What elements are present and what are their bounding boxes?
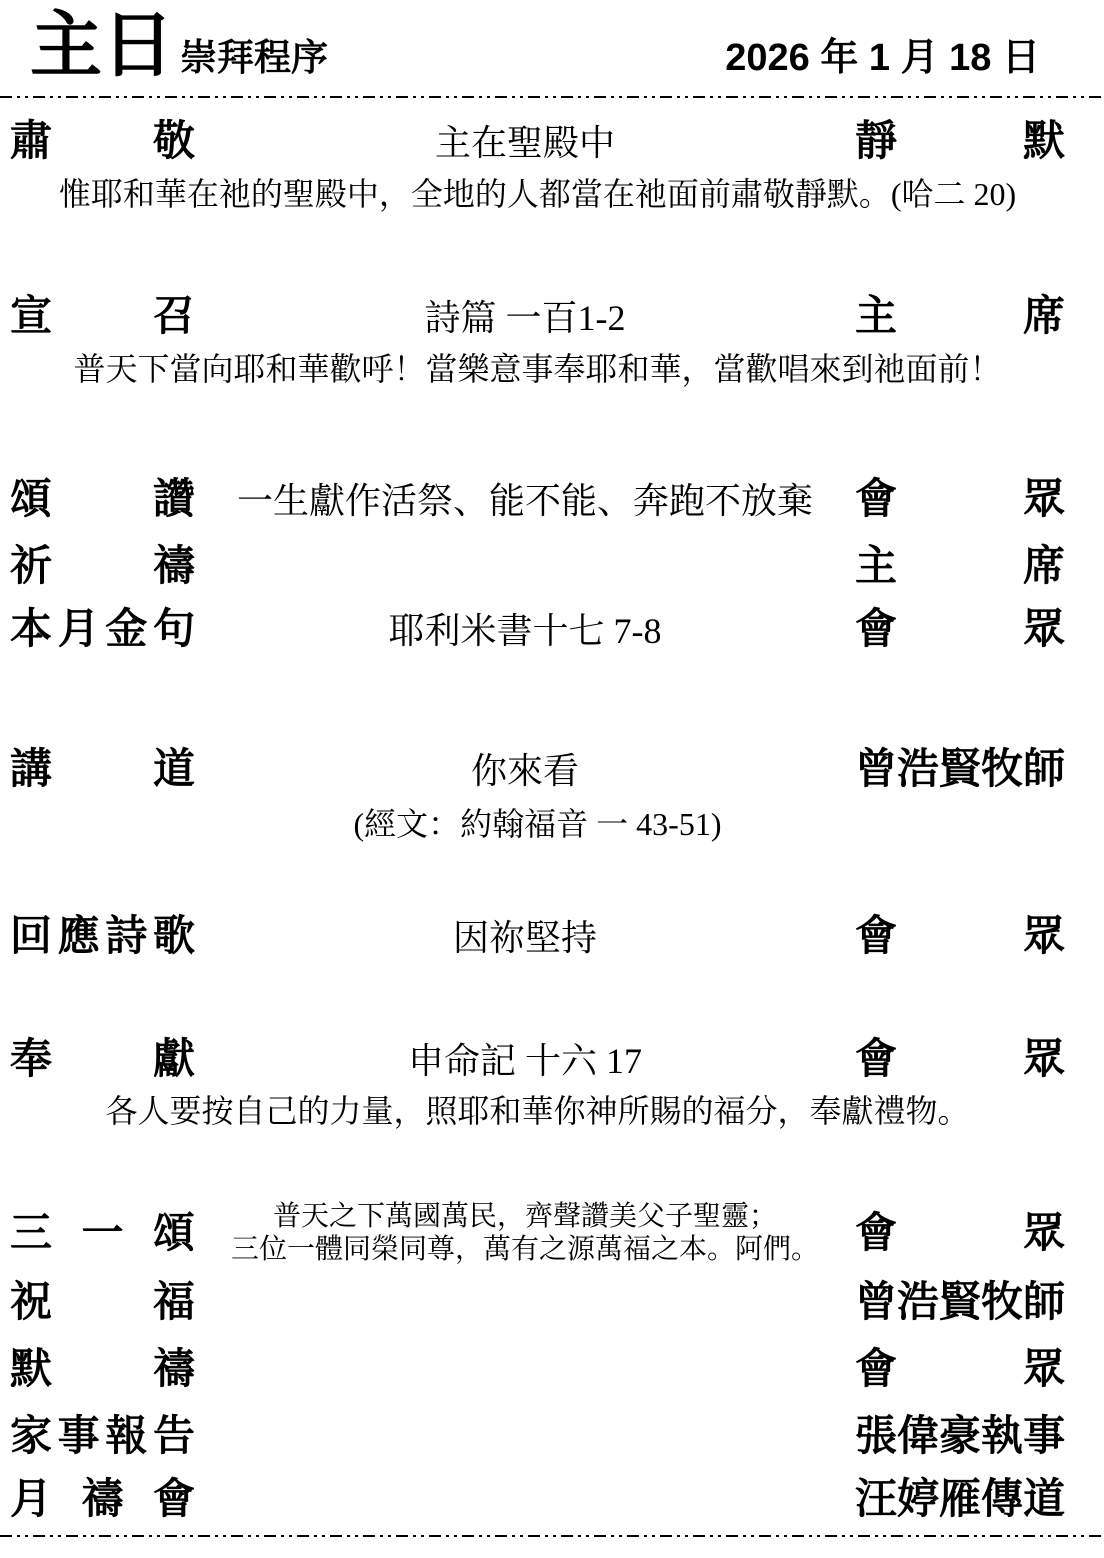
row-content: 一生獻作活祭、能不能、奔跑不放棄 <box>195 477 855 525</box>
row-content: 耶利米書十七 7-8 <box>195 607 855 655</box>
row-note-offering-verse: 各人要按自己的力量，照耶和華你神所賜的福分，奉獻禮物。 <box>10 1091 1065 1131</box>
row-item-label: 本月金句 <box>10 605 195 653</box>
program-row-doxology: 三一頌 普天之下萬國萬民，齊聲讚美父子聖靈； 三位一體同榮同尊，萬有之源萬福之本… <box>10 1200 1065 1266</box>
row-item-label: 祈禱 <box>10 542 195 590</box>
page-title-sub: 崇拜程序 <box>180 27 328 81</box>
row-who-label: 會眾 <box>855 605 1065 653</box>
row-who-label: 汪婷雁傳道 <box>855 1475 1065 1523</box>
row-who-label: 會眾 <box>855 475 1065 523</box>
row-who-label: 會眾 <box>855 1345 1065 1393</box>
row-item-label: 講道 <box>10 745 195 793</box>
row-item-label: 奉獻 <box>10 1035 195 1083</box>
page-title-main: 主日 <box>30 2 174 90</box>
program-row-announcements: 家事報告 張偉豪執事 <box>10 1412 1065 1460</box>
program-row-response-hymn: 回應詩歌 因祢堅持 會眾 <box>10 912 1065 962</box>
program-row-benediction: 祝福 曾浩賢牧師 <box>10 1278 1065 1326</box>
row-item-label: 頌讚 <box>10 475 195 523</box>
row-who-label: 張偉豪執事 <box>855 1412 1065 1460</box>
service-date: 2026 年 1 月 18 日 <box>725 26 1040 81</box>
program-row-call-to-worship: 宣召 詩篇 一百1-2 主席 <box>10 292 1065 342</box>
row-item-label: 祝福 <box>10 1278 195 1326</box>
program-row-monthly-prayer-meeting: 月禱會 汪婷雁傳道 <box>10 1475 1065 1523</box>
row-who-label: 主席 <box>855 542 1065 590</box>
row-item-label: 月禱會 <box>10 1475 195 1523</box>
row-item-label: 家事報告 <box>10 1412 195 1460</box>
program-row-praise: 頌讚 一生獻作活祭、能不能、奔跑不放棄 會眾 <box>10 475 1065 525</box>
row-who-label: 曾浩賢牧師 <box>855 745 1065 793</box>
separator-bottom <box>0 1535 1104 1537</box>
row-item-label: 宣召 <box>10 292 195 340</box>
row-item-label: 肅敬 <box>10 117 195 165</box>
row-item-label: 回應詩歌 <box>10 912 195 960</box>
row-content: 你來看 <box>195 747 855 795</box>
separator-top <box>0 96 1104 98</box>
program-row-monthly-verse: 本月金句 耶利米書十七 7-8 會眾 <box>10 605 1065 655</box>
worship-program-page: 主日 崇拜程序 2026 年 1 月 18 日 肅敬 主在聖殿中 靜默 惟耶和華… <box>0 0 1104 1558</box>
row-content: 詩篇 一百1-2 <box>195 294 855 342</box>
row-content: 申命記 十六 17 <box>195 1037 855 1085</box>
row-content: 普天之下萬國萬民，齊聲讚美父子聖靈； 三位一體同榮同尊，萬有之源萬福之本。阿們。 <box>195 1200 855 1266</box>
row-who-label: 會眾 <box>855 1035 1065 1083</box>
row-who-label: 主席 <box>855 292 1065 340</box>
row-content: 因祢堅持 <box>195 914 855 962</box>
row-who-label: 靜默 <box>855 117 1065 165</box>
doxology-line-2: 三位一體同榮同尊，萬有之源萬福之本。阿們。 <box>195 1233 855 1266</box>
row-note-scripture: 惟耶和華在祂的聖殿中，全地的人都當在祂面前肅敬靜默。(哈二 20) <box>10 174 1065 214</box>
program-row-reverence: 肅敬 主在聖殿中 靜默 <box>10 117 1065 167</box>
program-row-silent-prayer: 默禱 會眾 <box>10 1345 1065 1393</box>
page-header: 主日 崇拜程序 2026 年 1 月 18 日 <box>30 2 1065 90</box>
row-who-label: 曾浩賢牧師 <box>855 1278 1065 1326</box>
row-item-label: 三一頌 <box>10 1209 195 1257</box>
row-note-scripture: 普天下當向耶和華歡呼！當樂意事奉耶和華，當歡唱來到祂面前！ <box>10 349 1065 389</box>
row-note-sermon-text: (經文：約翰福音 一 43-51) <box>10 804 1065 844</box>
program-row-sermon: 講道 你來看 曾浩賢牧師 <box>10 745 1065 795</box>
row-item-label: 默禱 <box>10 1345 195 1393</box>
program-row-prayer: 祈禱 主席 <box>10 542 1065 590</box>
row-who-label: 會眾 <box>855 912 1065 960</box>
row-content: 主在聖殿中 <box>195 119 855 167</box>
row-who-label: 會眾 <box>855 1209 1065 1257</box>
program-row-offering: 奉獻 申命記 十六 17 會眾 <box>10 1035 1065 1085</box>
doxology-line-1: 普天之下萬國萬民，齊聲讚美父子聖靈； <box>195 1200 855 1233</box>
